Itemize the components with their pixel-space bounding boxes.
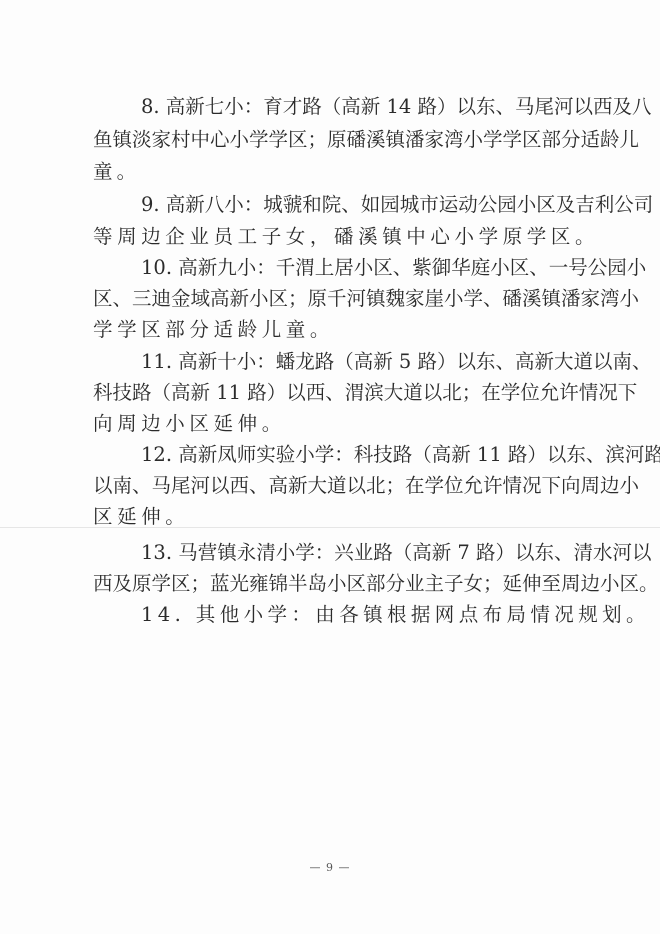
document-page: 8. 高新七小：育才路（高新 14 路）以东、马尾河以西及八 鱼镇淡家村中心小学… bbox=[0, 0, 660, 934]
paragraph-10-line-2: 区、三迪金域高新小区；原千河镇魏家崖小学、磻溪镇潘家湾小 bbox=[93, 285, 577, 313]
paragraph-13-line-2: 西及原学区；蓝光雍锦半岛小区部分业主子女；延伸至周边小区。 bbox=[93, 570, 581, 598]
paragraph-12-line-1: 12. 高新凤师实验小学：科技路（高新 11 路）以东、滨河路 bbox=[141, 441, 577, 469]
paragraph-8-line-2: 鱼镇淡家村中心小学学区；原磻溪镇潘家湾小学学区部分适龄儿 bbox=[93, 126, 577, 154]
page-number: — 9 — bbox=[0, 861, 660, 874]
paragraph-14-line-1: 14. 其他小学：由各镇根据网点布局情况规划。 bbox=[141, 601, 631, 629]
paragraph-9-line-2: 等周边企业员工子女，磻溪镇中心小学原学区。 bbox=[93, 223, 583, 251]
paragraph-12-line-2: 以南、马尾河以西、高新大道以北；在学位允许情况下向周边小 bbox=[93, 472, 577, 500]
paragraph-8-line-3: 童。 bbox=[93, 158, 583, 186]
paragraph-10-line-1: 10. 高新九小：千渭上居小区、紫御华庭小区、一号公园小 bbox=[141, 254, 577, 282]
paragraph-11-line-3: 向周边小区延伸。 bbox=[93, 410, 583, 438]
paragraph-11-line-1: 11. 高新十小：蟠龙路（高新 5 路）以东、高新大道以南、 bbox=[141, 348, 577, 376]
paragraph-11-line-2: 科技路（高新 11 路）以西、渭滨大道以北；在学位允许情况下 bbox=[93, 379, 577, 407]
paragraph-8-line-1: 8. 高新七小：育才路（高新 14 路）以东、马尾河以西及八 bbox=[141, 93, 581, 121]
paragraph-9-line-1: 9. 高新八小：城虢和院、如园城市运动公园小区及吉利公司 bbox=[141, 191, 577, 219]
paragraph-13-line-1: 13. 马营镇永清小学：兴业路（高新 7 路）以东、清水河以 bbox=[141, 539, 577, 567]
scan-seam-divider bbox=[0, 527, 660, 528]
paragraph-10-line-3: 学学区部分适龄儿童。 bbox=[93, 316, 583, 344]
